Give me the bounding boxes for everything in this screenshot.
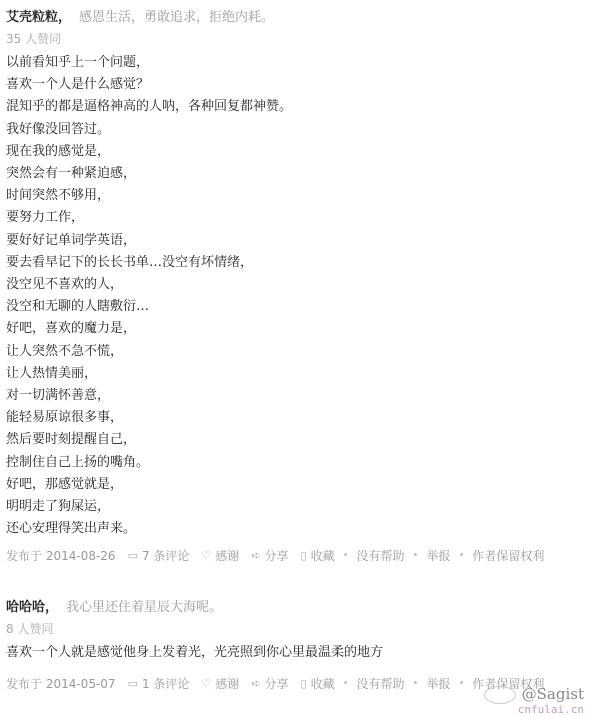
separator-dot: •	[343, 674, 349, 694]
weibo-logo-icon	[484, 686, 516, 704]
share-icon: ➪	[251, 546, 260, 566]
content-line: 喜欢一个人就是感觉他身上发着光，光亮照到你心里最温柔的地方	[6, 642, 556, 664]
share-icon: ➪	[251, 674, 260, 694]
author-bio: 我心里还住着星辰大海呢。	[66, 600, 222, 615]
share-button[interactable]: ➪分享	[251, 546, 288, 566]
content-line: 要去看早记下的长长书单…没空有坏情绪，	[6, 252, 556, 274]
content-line: 喜欢一个人是什么感觉？	[6, 74, 556, 96]
content-line: 以前看知乎上一个问题，	[6, 52, 556, 74]
content-line: 还心安理得笑出声来。	[6, 518, 556, 540]
watermark-site: cnfulai.cn	[484, 704, 584, 716]
content-line: 要好好记单词学英语，	[6, 230, 556, 252]
content-line: 要努力工作，	[6, 207, 556, 229]
comments-button[interactable]: ▭1 条评论	[128, 674, 190, 694]
comment-icon: ▭	[128, 546, 138, 566]
content-line: 控制住自己上扬的嘴角。	[6, 452, 556, 474]
bookmark-icon: ▯	[301, 674, 307, 694]
copyright-notice[interactable]: 作者保留权利	[472, 546, 544, 566]
answer-meta-bar: 发布于 2014-08-26 ▭7 条评论 ♡感谢 ➪分享 ▯收藏 • 没有帮助…	[6, 546, 556, 566]
vote-count[interactable]: 8 人赞同	[6, 620, 556, 638]
author-separator: ，	[45, 600, 58, 615]
content-line: 混知乎的都是逼格神高的人呐，各种回复都神赞。	[6, 96, 556, 118]
answer-2: 哈哈哈，我心里还住着星辰大海呢。 8 人赞同 喜欢一个人就是感觉他身上发着光，光…	[6, 598, 556, 694]
no-help-button[interactable]: 没有帮助	[357, 674, 405, 694]
collect-button[interactable]: ▯收藏	[301, 546, 335, 566]
report-button[interactable]: 举报	[426, 674, 450, 694]
collect-button[interactable]: ▯收藏	[301, 674, 335, 694]
comments-button[interactable]: ▭7 条评论	[128, 546, 190, 566]
publish-date: 发布于 2014-05-07	[6, 674, 116, 694]
vote-count[interactable]: 35 人赞同	[6, 30, 556, 48]
content-line: 对一切满怀善意，	[6, 385, 556, 407]
content-line: 我好像没回答过。	[6, 119, 556, 141]
comment-icon: ▭	[128, 674, 138, 694]
answer-content: 喜欢一个人就是感觉他身上发着光，光亮照到你心里最温柔的地方	[6, 642, 556, 664]
bookmark-icon: ▯	[301, 546, 307, 566]
answer-meta-bar: 发布于 2014-05-07 ▭1 条评论 ♡感谢 ➪分享 ▯收藏 • 没有帮助…	[6, 674, 556, 694]
content-line: 没空和无聊的人瞎敷衍…	[6, 296, 556, 318]
content-line: 没空见不喜欢的人，	[6, 274, 556, 296]
author-line: 艾壳粒粒，感恩生活，勇敢追求，拒绝内耗。	[6, 8, 556, 28]
content-line: 好吧，喜欢的魔力是，	[6, 318, 556, 340]
heart-icon: ♡	[201, 674, 211, 694]
content-line: 明明走了狗屎运，	[6, 496, 556, 518]
publish-date: 发布于 2014-08-26	[6, 546, 116, 566]
thanks-button[interactable]: ♡感谢	[201, 546, 239, 566]
answer-content: 以前看知乎上一个问题，喜欢一个人是什么感觉？混知乎的都是逼格神高的人呐，各种回复…	[6, 52, 556, 540]
content-line: 让人突然不急不慌，	[6, 341, 556, 363]
content-line: 现在我的感觉是，	[6, 141, 556, 163]
author-bio: 感恩生活，勇敢追求，拒绝内耗。	[79, 10, 274, 25]
separator-dot: •	[413, 674, 419, 694]
author-separator: ，	[58, 10, 71, 25]
report-button[interactable]: 举报	[426, 546, 450, 566]
author-name[interactable]: 哈哈哈	[6, 600, 45, 615]
separator-dot: •	[458, 674, 464, 694]
content-line: 能轻易原谅很多事，	[6, 407, 556, 429]
content-line: 时间突然不够用，	[6, 185, 556, 207]
content-line: 让人热情美丽，	[6, 363, 556, 385]
answer-1: 艾壳粒粒，感恩生活，勇敢追求，拒绝内耗。 35 人赞同 以前看知乎上一个问题，喜…	[6, 8, 556, 566]
separator-dot: •	[458, 546, 464, 566]
author-name[interactable]: 艾壳粒粒	[6, 10, 58, 25]
thanks-button[interactable]: ♡感谢	[201, 674, 239, 694]
share-button[interactable]: ➪分享	[251, 674, 288, 694]
watermark: @Sagist cnfulai.cn	[484, 686, 584, 716]
content-line: 突然会有一种紧迫感，	[6, 163, 556, 185]
separator-dot: •	[413, 546, 419, 566]
no-help-button[interactable]: 没有帮助	[357, 546, 405, 566]
content-line: 好吧，那感觉就是，	[6, 474, 556, 496]
separator-dot: •	[343, 546, 349, 566]
heart-icon: ♡	[201, 546, 211, 566]
author-line: 哈哈哈，我心里还住着星辰大海呢。	[6, 598, 556, 618]
watermark-handle: @Sagist	[484, 686, 584, 704]
content-line: 然后要时刻提醒自己，	[6, 429, 556, 451]
